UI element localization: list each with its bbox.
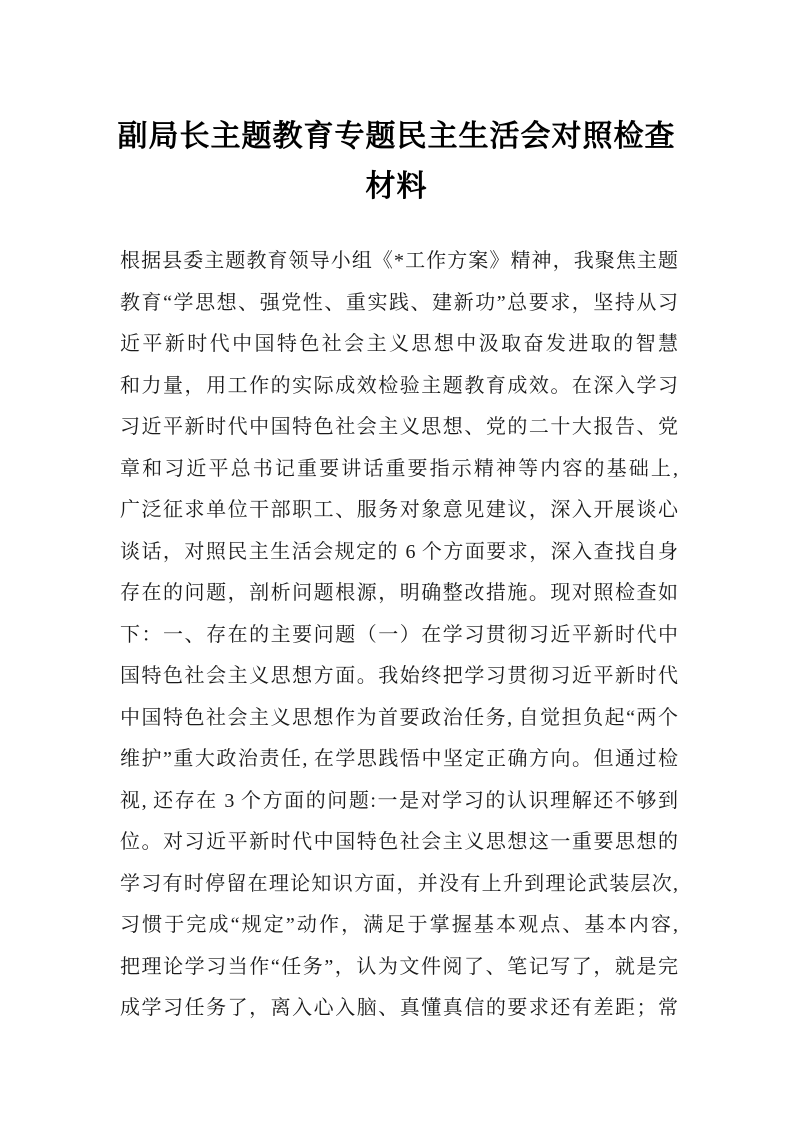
body-line: 谈话，对照民主生活会规定的 6 个方面要求，深入查找自身 (120, 532, 678, 574)
title-line-2: 材料 (66, 162, 727, 212)
body-line: 和力量，用工作的实际成效检验主题教育成效。在深入学习 (120, 366, 678, 408)
body-line: 广泛征求单位干部职工、服务对象意见建议，深入开展谈心 (120, 490, 678, 532)
title-line-1: 副局长主题教育专题民主生活会对照检查 (66, 112, 727, 162)
body-line: 视, 还存在 3 个方面的问题:一是对学习的认识理解还不够到 (120, 781, 678, 823)
document-body: 根据县委主题教育领导小组《*工作方案》精神，我聚焦主题 教育“学思想、强党性、重… (120, 241, 678, 1030)
body-line: 习惯于完成“规定”动作，满足于掌握基本观点、基本内容, (120, 905, 678, 947)
body-line: 国特色社会主义思想方面。我始终把学习贯彻习近平新时代 (120, 656, 678, 698)
body-line: 近平新时代中国特色社会主义思想中汲取奋发进取的智慧 (120, 324, 678, 366)
body-line: 把理论学习当作“任务”，认为文件阅了、笔记写了，就是完 (120, 947, 678, 989)
body-line: 下：一、存在的主要问题（一）在学习贯彻习近平新时代中 (120, 615, 678, 657)
body-line: 中国特色社会主义思想作为首要政治任务, 自觉担负起“两个 (120, 698, 678, 740)
body-line: 习近平新时代中国特色社会主义思想、党的二十大报告、党 (120, 407, 678, 449)
body-line: 根据县委主题教育领导小组《*工作方案》精神，我聚焦主题 (120, 241, 678, 283)
document-page: 副局长主题教育专题民主生活会对照检查 材料 根据县委主题教育领导小组《*工作方案… (0, 0, 793, 1122)
body-line: 维护”重大政治责任, 在学思践悟中坚定正确方向。但通过检 (120, 739, 678, 781)
body-line: 存在的问题，剖析问题根源，明确整改措施。现对照检查如 (120, 573, 678, 615)
body-line: 成学习任务了，离入心入脑、真懂真信的要求还有差距；常 (120, 988, 678, 1030)
body-line: 位。对习近平新时代中国特色社会主义思想这一重要思想的 (120, 822, 678, 864)
body-line: 教育“学思想、强党性、重实践、建新功”总要求，坚持从习 (120, 283, 678, 325)
document-title: 副局长主题教育专题民主生活会对照检查 材料 (66, 112, 727, 212)
body-line: 章和习近平总书记重要讲话重要指示精神等内容的基础上, (120, 449, 678, 491)
body-line: 学习有时停留在理论知识方面，并没有上升到理论武装层次, (120, 864, 678, 906)
